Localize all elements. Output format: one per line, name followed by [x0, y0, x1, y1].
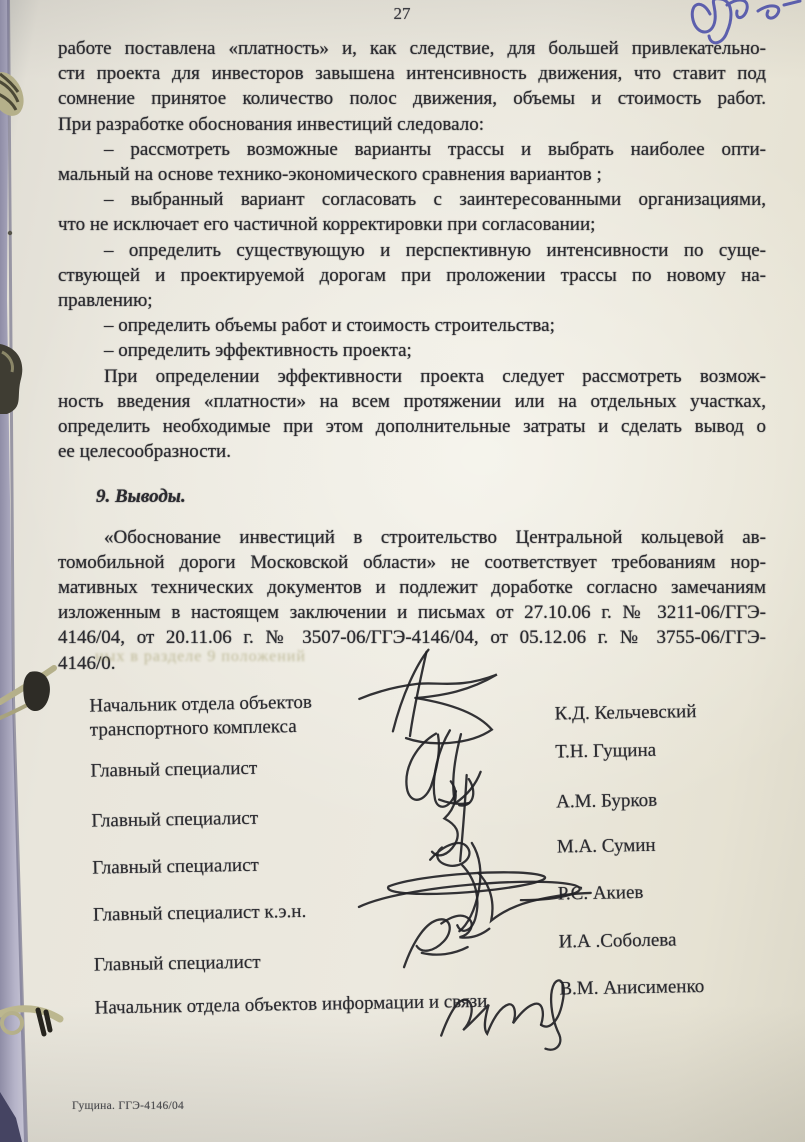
bottom-left-corner-shadow	[0, 1092, 22, 1142]
text-line: – определить существующую и перспективну…	[58, 238, 766, 263]
signature-title: Начальник отдела объектов транспортного …	[89, 690, 375, 743]
signature-name: И.А .Соболева	[558, 929, 676, 953]
text-line: ность введения «платности» на всем протя…	[58, 389, 766, 414]
footer-reference: Гущина. ГГЭ-4146/04	[72, 1100, 184, 1112]
text-line: определить необходимые при этом дополнит…	[58, 414, 766, 439]
binding-thread-knot-top	[0, 67, 30, 121]
paragraph: При определении эффективности проекта сл…	[58, 364, 766, 465]
signature-scribble-akiev	[358, 863, 591, 933]
signature-name: В.М. Анисименко	[559, 976, 704, 1001]
signature-name: Р.С. Акиев	[558, 882, 644, 905]
text-line: ствующей и проектируемой дорогам при про…	[58, 263, 766, 288]
text-line: При разработке обоснования инвестиций сл…	[58, 112, 766, 137]
text-line: томобильной дороги Московской области» н…	[58, 550, 766, 575]
page-number: 27	[352, 4, 452, 24]
text-line: что не исключает его частичной корректир…	[58, 212, 766, 237]
text-line: изложенным в настоящем заключении и пись…	[58, 600, 766, 625]
signature-title: Главный специалист	[90, 757, 257, 784]
text-line: При определении эффективности проекта сл…	[58, 364, 766, 389]
list-item: – определить существующую и перспективну…	[58, 238, 766, 314]
list-item: – выбранный вариант согласовать с заинте…	[58, 187, 766, 237]
text-line: сомнение принятое количество полос движе…	[58, 86, 766, 111]
signature-title: Главный специалист	[94, 951, 261, 978]
signature-title: Главный специалист к.э.н.	[93, 900, 307, 928]
conclusions-heading: 9. Выводы.	[58, 484, 766, 509]
signature-title: Начальник отдела объектов информации и с…	[94, 988, 574, 1020]
signature-scribble-burkov	[431, 775, 470, 862]
list-item: – рассмотреть возможные варианты трассы …	[58, 137, 766, 187]
text-line: сти проекта для инвесторов завышена инте…	[58, 61, 766, 86]
text-line: – определить эффективность проекта;	[58, 338, 766, 363]
text-line: мальный на основе технико-экономического…	[58, 162, 766, 187]
signature-scribble-kelchevsky	[358, 649, 498, 745]
list-item: – определить объемы работ и стоимость ст…	[58, 313, 766, 338]
signature-scribble-gushchina	[406, 730, 482, 808]
list-item: – определить эффективность проекта;	[58, 338, 766, 363]
signature-title: Главный специалист	[91, 807, 258, 834]
text-line: – рассмотреть возможные варианты трассы …	[58, 137, 766, 162]
text-line: работе поставлена «платность» и, как сле…	[58, 36, 766, 61]
signature-scribble-soboleva	[403, 915, 490, 967]
signature-block: Начальник отдела объектов транспортного …	[0, 627, 805, 1071]
signature-title: Главный специалист	[92, 854, 259, 881]
signature-scribble-sumin	[387, 842, 546, 933]
text-line: ее целесообразности.	[58, 439, 766, 464]
signature-name: К.Д. Кельчевский	[554, 701, 696, 725]
scanned-document-page: 27 работе поставлена «платность» и, как …	[0, 0, 805, 1142]
signature-name: Т.Н. Гущина	[555, 740, 656, 764]
signature-name: М.А. Сумин	[557, 835, 656, 859]
paragraph: работе поставлена «платность» и, как сле…	[58, 36, 766, 137]
text-line: – определить объемы работ и стоимость ст…	[58, 313, 766, 338]
text-line: мативных технических документов и подлеж…	[58, 575, 766, 600]
text-line: – выбранный вариант согласовать с заинте…	[58, 187, 766, 212]
signature-name: А.М. Бурков	[556, 790, 657, 814]
text-line: правлению;	[58, 288, 766, 313]
document-body-text: работе поставлена «платность» и, как сле…	[58, 36, 766, 676]
edge-speck	[8, 231, 12, 235]
binding-hole-blob-mid	[0, 344, 22, 414]
text-line: «Обоснование инвестиций в строительство …	[58, 525, 766, 550]
